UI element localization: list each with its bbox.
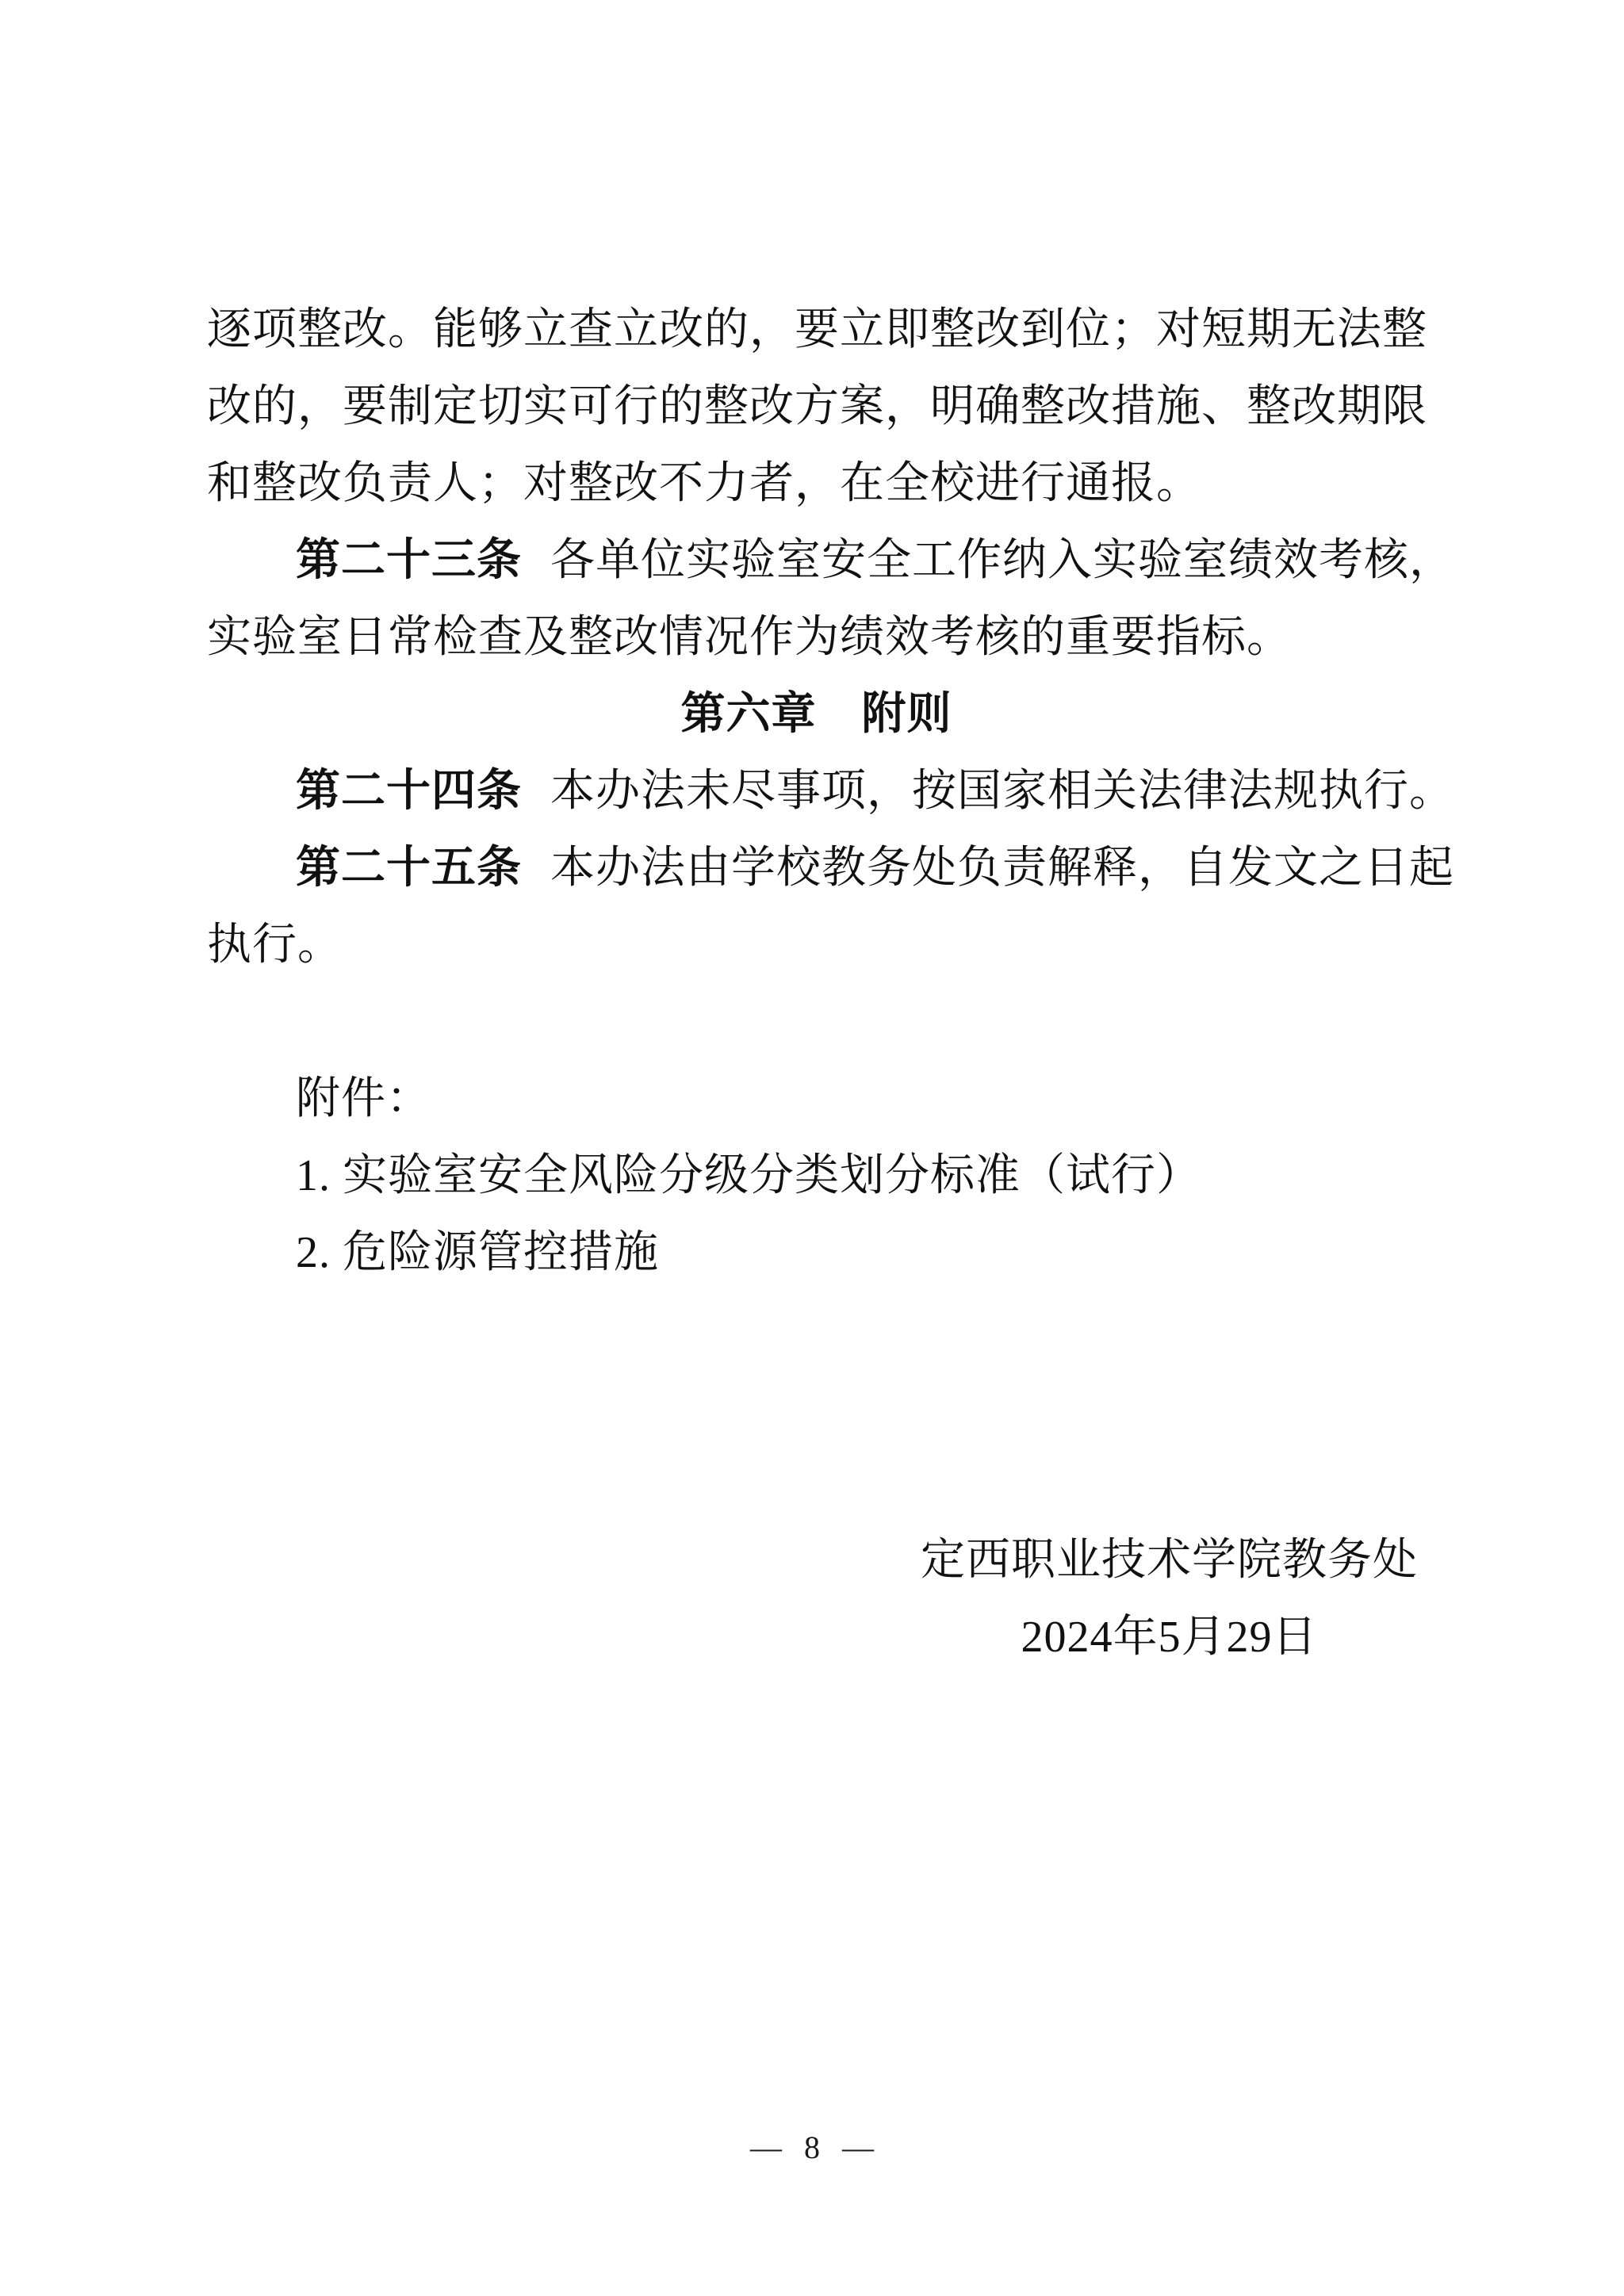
blank-line [207,1291,1426,1368]
signature-date: 2024年5月29日 [921,1599,1418,1676]
article-25-text: 本办法由学校教务处负责解释，自发文之日起 [550,844,1454,893]
paragraph-line: 和整改负责人；对整改不力者，在全校进行通报。 [207,446,1426,522]
page-number: — 8 — [0,2130,1624,2166]
blank-line [207,984,1426,1061]
article-24-text: 本办法未尽事项，按国家相关法律法规执行。 [550,767,1454,816]
signature-organization: 定西职业技术学院教务处 [921,1522,1418,1599]
article-25-line-2: 执行。 [207,907,1426,984]
article-23-line-1: 第二十三条各单位实验室安全工作纳入实验室绩效考核， [207,522,1426,599]
paragraph-line: 改的，要制定切实可行的整改方案，明确整改措施、整改期限 [207,369,1426,446]
document-body: 逐项整改。能够立查立改的，要立即整改到位；对短期无法整 改的，要制定切实可行的整… [0,0,1624,1676]
article-23-label: 第二十三条 [296,536,522,585]
article-25-label: 第二十五条 [296,844,522,893]
signature-block: 定西职业技术学院教务处 2024年5月29日 [921,1522,1418,1676]
blank-line [207,1445,1426,1522]
article-24-line: 第二十四条本办法未尽事项，按国家相关法律法规执行。 [207,753,1426,830]
article-24-label: 第二十四条 [296,767,522,816]
article-25-line-1: 第二十五条本办法由学校教务处负责解释，自发文之日起 [207,830,1426,907]
article-23-line-2: 实验室日常检查及整改情况作为绩效考核的重要指标。 [207,599,1426,676]
attachment-item: 2. 危险源管控措施 [207,1215,1426,1291]
blank-line [207,1368,1426,1445]
article-23-text: 各单位实验室安全工作纳入实验室绩效考核， [550,536,1454,585]
attachments-label: 附件： [207,1061,1426,1138]
document-page: 逐项整改。能够立查立改的，要立即整改到位；对短期无法整 改的，要制定切实可行的整… [0,0,1624,2296]
attachment-item: 1. 实验室安全风险分级分类划分标准（试行） [207,1138,1426,1215]
paragraph-line: 逐项整改。能够立查立改的，要立即整改到位；对短期无法整 [207,292,1426,369]
chapter-heading: 第六章 附则 [207,676,1426,753]
